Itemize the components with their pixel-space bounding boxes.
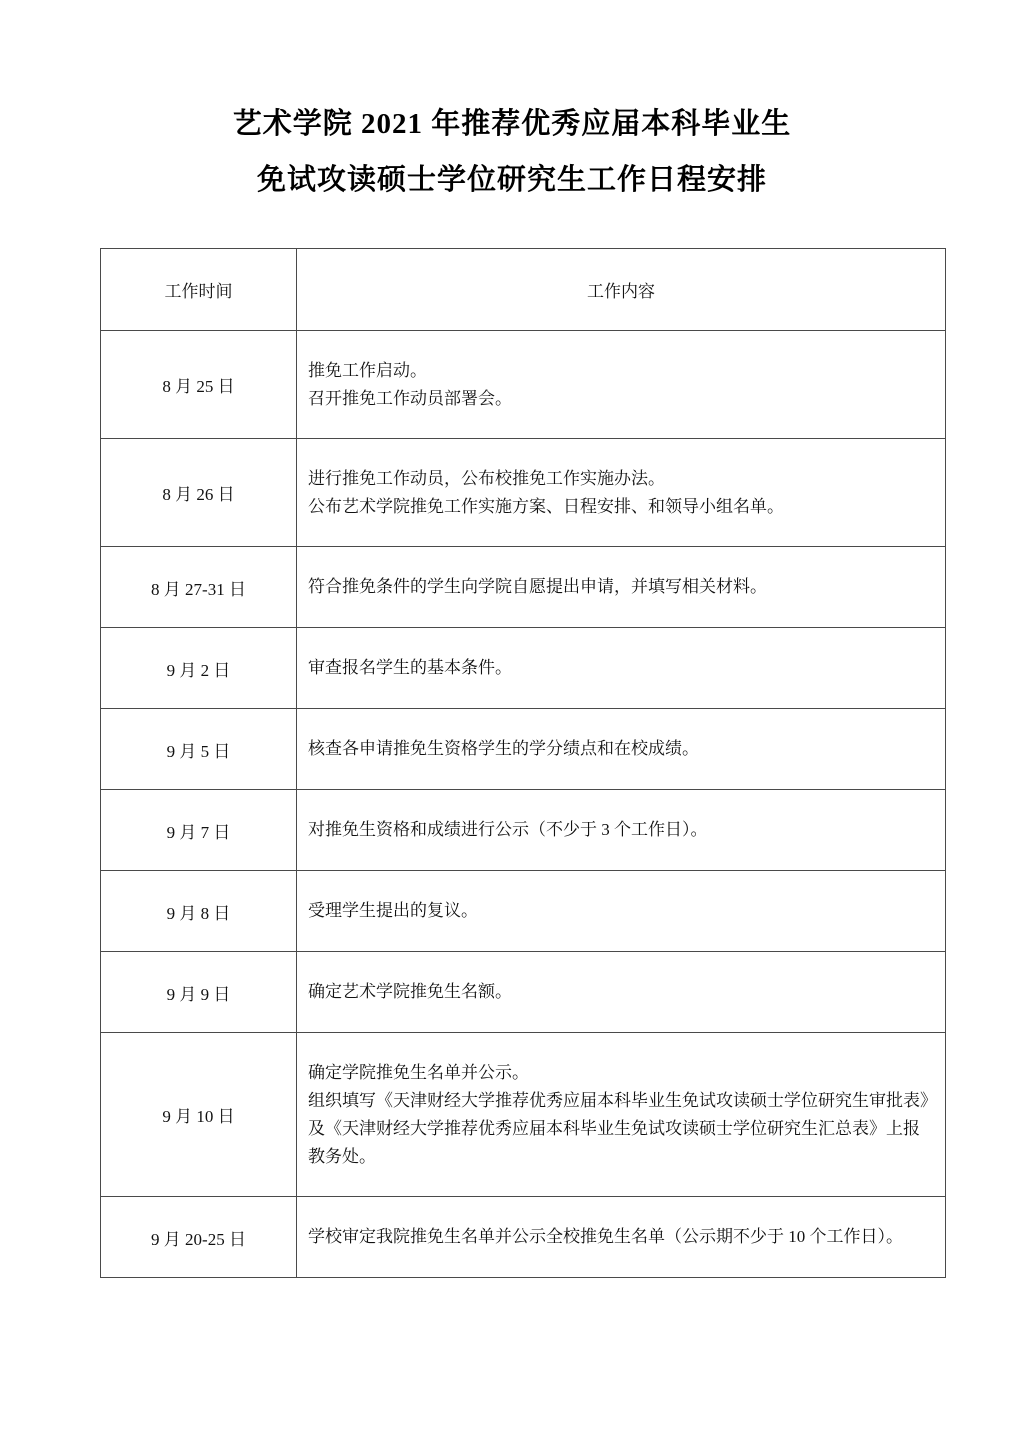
title-line-2: 免试攻读硕士学位研究生工作日程安排 <box>0 152 1024 208</box>
table-row: 9 月 20-25 日 学校审定我院推免生名单并公示全校推免生名单（公示期不少于… <box>101 1197 946 1278</box>
content-line: 组织填写《天津财经大学推荐优秀应届本科毕业生免试攻读硕士学位研究生审批表》及《天… <box>308 1087 933 1171</box>
time-cell: 9 月 10 日 <box>101 1033 297 1197</box>
content-cell: 推免工作启动。 召开推免工作动员部署会。 <box>297 331 946 439</box>
content-line: 符合推免条件的学生向学院自愿提出申请，并填写相关材料。 <box>308 573 933 601</box>
time-cell: 9 月 9 日 <box>101 952 297 1033</box>
content-line: 核查各申请推免生资格学生的学分绩点和在校成绩。 <box>308 735 933 763</box>
table-row: 9 月 5 日 核查各申请推免生资格学生的学分绩点和在校成绩。 <box>101 709 946 790</box>
content-line: 公布艺术学院推免工作实施方案、日程安排、和领导小组名单。 <box>308 493 933 521</box>
content-line: 学校审定我院推免生名单并公示全校推免生名单（公示期不少于 10 个工作日）。 <box>308 1223 933 1251</box>
content-line: 确定艺术学院推免生名额。 <box>308 978 933 1006</box>
table-row: 9 月 8 日 受理学生提出的复议。 <box>101 871 946 952</box>
content-cell: 对推免生资格和成绩进行公示（不少于 3 个工作日）。 <box>297 790 946 871</box>
header-work-content: 工作内容 <box>297 249 946 331</box>
content-line: 受理学生提出的复议。 <box>308 897 933 925</box>
content-cell: 确定艺术学院推免生名额。 <box>297 952 946 1033</box>
time-cell: 9 月 2 日 <box>101 628 297 709</box>
time-cell: 8 月 26 日 <box>101 439 297 547</box>
table-row: 9 月 10 日 确定学院推免生名单并公示。 组织填写《天津财经大学推荐优秀应届… <box>101 1033 946 1197</box>
content-cell: 符合推免条件的学生向学院自愿提出申请，并填写相关材料。 <box>297 547 946 628</box>
content-line: 对推免生资格和成绩进行公示（不少于 3 个工作日）。 <box>308 816 933 844</box>
table-row: 8 月 25 日 推免工作启动。 召开推免工作动员部署会。 <box>101 331 946 439</box>
time-cell: 9 月 7 日 <box>101 790 297 871</box>
table-header-row: 工作时间 工作内容 <box>101 249 946 331</box>
time-cell: 8 月 25 日 <box>101 331 297 439</box>
table-row: 9 月 2 日 审查报名学生的基本条件。 <box>101 628 946 709</box>
time-cell: 9 月 8 日 <box>101 871 297 952</box>
time-cell: 9 月 5 日 <box>101 709 297 790</box>
schedule-table: 工作时间 工作内容 8 月 25 日 推免工作启动。 召开推免工作动员部署会。 … <box>100 248 946 1278</box>
header-work-time: 工作时间 <box>101 249 297 331</box>
content-cell: 审查报名学生的基本条件。 <box>297 628 946 709</box>
table-row: 9 月 7 日 对推免生资格和成绩进行公示（不少于 3 个工作日）。 <box>101 790 946 871</box>
title-line-1: 艺术学院 2021 年推荐优秀应届本科毕业生 <box>0 96 1024 152</box>
document-title: 艺术学院 2021 年推荐优秀应届本科毕业生 免试攻读硕士学位研究生工作日程安排 <box>0 0 1024 208</box>
content-cell: 进行推免工作动员，公布校推免工作实施办法。 公布艺术学院推免工作实施方案、日程安… <box>297 439 946 547</box>
document-page: 艺术学院 2021 年推荐优秀应届本科毕业生 免试攻读硕士学位研究生工作日程安排… <box>0 0 1024 1448</box>
time-cell: 8 月 27-31 日 <box>101 547 297 628</box>
content-cell: 确定学院推免生名单并公示。 组织填写《天津财经大学推荐优秀应届本科毕业生免试攻读… <box>297 1033 946 1197</box>
table-row: 8 月 27-31 日 符合推免条件的学生向学院自愿提出申请，并填写相关材料。 <box>101 547 946 628</box>
content-line: 审查报名学生的基本条件。 <box>308 654 933 682</box>
content-line: 召开推免工作动员部署会。 <box>308 385 933 413</box>
content-cell: 学校审定我院推免生名单并公示全校推免生名单（公示期不少于 10 个工作日）。 <box>297 1197 946 1278</box>
table-row: 8 月 26 日 进行推免工作动员，公布校推免工作实施办法。 公布艺术学院推免工… <box>101 439 946 547</box>
content-line: 确定学院推免生名单并公示。 <box>308 1059 933 1087</box>
table-row: 9 月 9 日 确定艺术学院推免生名额。 <box>101 952 946 1033</box>
content-line: 进行推免工作动员，公布校推免工作实施办法。 <box>308 465 933 493</box>
content-cell: 核查各申请推免生资格学生的学分绩点和在校成绩。 <box>297 709 946 790</box>
content-cell: 受理学生提出的复议。 <box>297 871 946 952</box>
time-cell: 9 月 20-25 日 <box>101 1197 297 1278</box>
content-line: 推免工作启动。 <box>308 357 933 385</box>
